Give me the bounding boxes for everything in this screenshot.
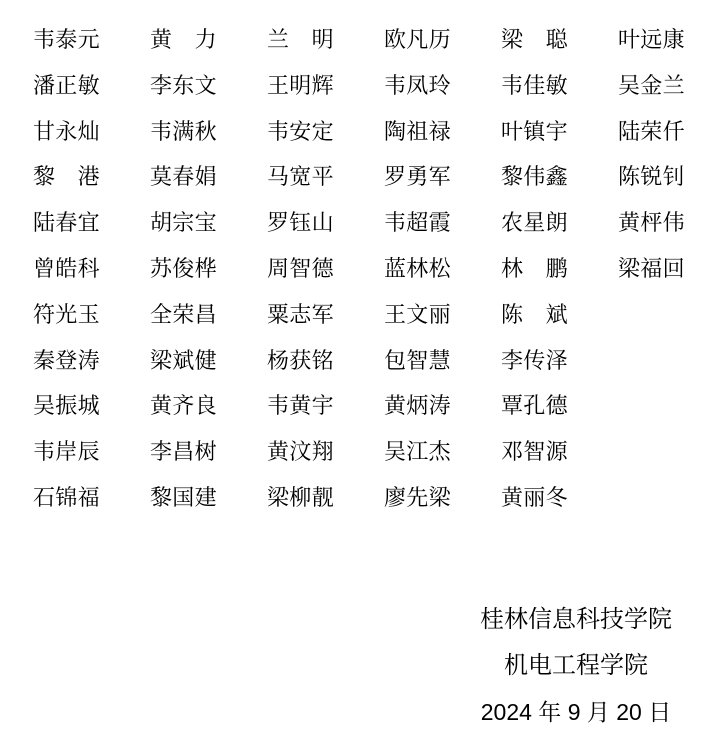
roster-name: 黎 港: [33, 154, 100, 200]
roster-name: 梁福回: [618, 246, 685, 292]
roster-name: 吴振城: [33, 383, 100, 429]
roster-name: 黎伟鑫: [501, 154, 568, 200]
roster-name: 王明辉: [267, 63, 334, 109]
roster-name: 苏俊桦: [150, 246, 217, 292]
roster-name: [618, 338, 685, 384]
roster-name: 甘永灿: [33, 109, 100, 155]
roster-name: 韦泰元: [33, 17, 100, 63]
roster-name: 王文丽: [384, 292, 451, 338]
roster-document-page: 韦泰元黄 力兰 明欧凡历梁 聪叶远康潘正敏李东文王明辉韦凤玲韦佳敏吴金兰甘永灿韦…: [0, 0, 724, 749]
roster-name: 陶祖禄: [384, 109, 451, 155]
roster-name: 黄枰伟: [618, 200, 685, 246]
roster-name: 兰 明: [267, 17, 334, 63]
roster-name: 李东文: [150, 63, 217, 109]
roster-name: 陈 斌: [501, 292, 568, 338]
document-date: 2024 年 9 月 20 日: [428, 690, 724, 736]
roster-name: 曾皓科: [33, 246, 100, 292]
roster-name: 全荣昌: [150, 292, 217, 338]
roster-name: 蓝林松: [384, 246, 451, 292]
roster-name: 黄丽冬: [501, 475, 568, 521]
roster-name: 覃孔德: [501, 383, 568, 429]
roster-name: [618, 429, 685, 475]
roster-name: 罗勇军: [384, 154, 451, 200]
roster-name: 马宽平: [267, 154, 334, 200]
roster-name: 陈锐钊: [618, 154, 685, 200]
signature-block: 桂林信息科技学院 机电工程学院 2024 年 9 月 20 日: [428, 598, 724, 735]
roster-name: 粟志军: [267, 292, 334, 338]
roster-name: 莫春娟: [150, 154, 217, 200]
roster-name: 罗钰山: [267, 200, 334, 246]
roster-name: 韦佳敏: [501, 63, 568, 109]
roster-name: 梁柳靓: [267, 475, 334, 521]
roster-name: 周智德: [267, 246, 334, 292]
roster-name: 邓智源: [501, 429, 568, 475]
roster-name: 梁 聪: [501, 17, 568, 63]
roster-name: 陆春宜: [33, 200, 100, 246]
roster-name: 黄 力: [150, 17, 217, 63]
roster-name: 韦黄宇: [267, 383, 334, 429]
roster-name: 石锦福: [33, 475, 100, 521]
roster-name: 李昌树: [150, 429, 217, 475]
roster-name: 叶镇宇: [501, 109, 568, 155]
department-name: 机电工程学院: [428, 644, 724, 690]
roster-name: 林 鹏: [501, 246, 568, 292]
roster-name: 韦凤玲: [384, 63, 451, 109]
roster-name: 杨获铭: [267, 338, 334, 384]
roster-name: 黄齐良: [150, 383, 217, 429]
roster-name: 吴江杰: [384, 429, 451, 475]
roster-name: 黎国建: [150, 475, 217, 521]
roster-name: 韦安定: [267, 109, 334, 155]
roster-name: 秦登涛: [33, 338, 100, 384]
roster-name: 符光玉: [33, 292, 100, 338]
roster-name: 包智慧: [384, 338, 451, 384]
roster-name: 韦超霞: [384, 200, 451, 246]
roster-name: 廖先梁: [384, 475, 451, 521]
roster-name: 李传泽: [501, 338, 568, 384]
roster-name: 胡宗宝: [150, 200, 217, 246]
roster-name: 吴金兰: [618, 63, 685, 109]
roster-name: [618, 383, 685, 429]
roster-name: 韦岸辰: [33, 429, 100, 475]
name-grid: 韦泰元黄 力兰 明欧凡历梁 聪叶远康潘正敏李东文王明辉韦凤玲韦佳敏吴金兰甘永灿韦…: [33, 17, 685, 521]
roster-name: 叶远康: [618, 17, 685, 63]
roster-name: [618, 475, 685, 521]
roster-name: [618, 292, 685, 338]
roster-name: 梁斌健: [150, 338, 217, 384]
roster-name: 韦满秋: [150, 109, 217, 155]
institution-name: 桂林信息科技学院: [428, 598, 724, 644]
roster-name: 黄炳涛: [384, 383, 451, 429]
roster-name: 潘正敏: [33, 63, 100, 109]
roster-name: 黄汶翔: [267, 429, 334, 475]
roster-name: 欧凡历: [384, 17, 451, 63]
roster-name: 陆荣仟: [618, 109, 685, 155]
roster-name: 农星朗: [501, 200, 568, 246]
